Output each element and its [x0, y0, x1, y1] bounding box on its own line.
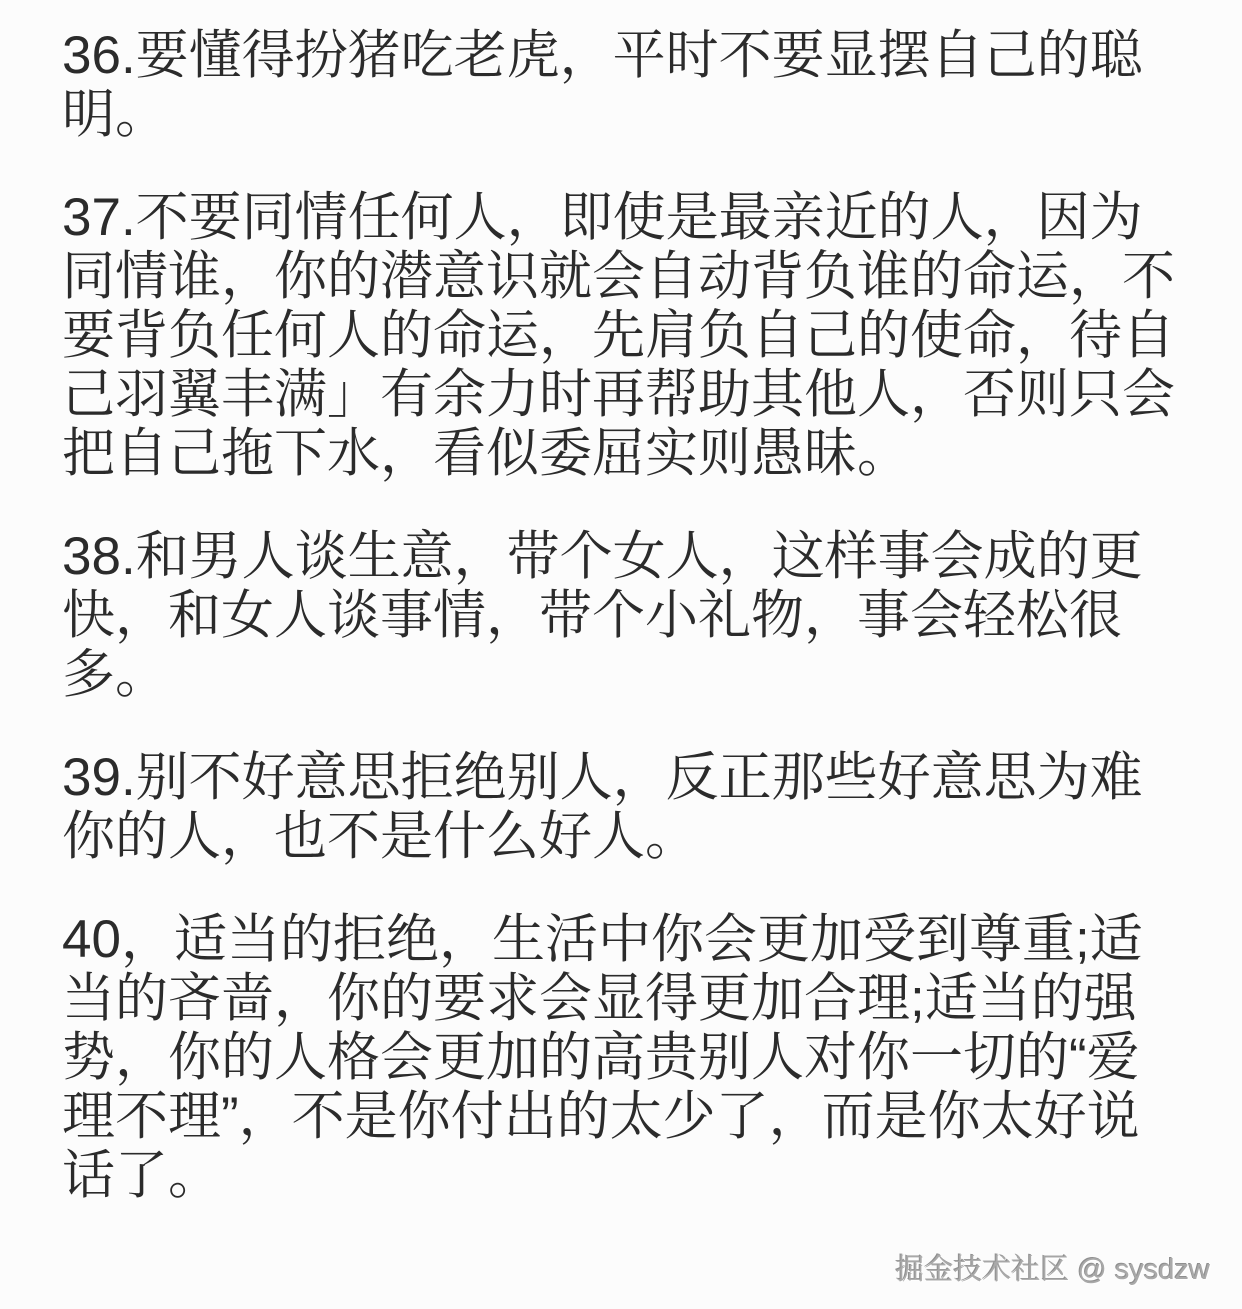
advice-list: 36.要懂得扮猪吃老虎，平时不要显摆自己的聪明。 37.不要同情任何人，即使是最… — [0, 0, 1242, 1205]
advice-item-38: 38.和男人谈生意，带个女人，这样事会成的更快，和女人谈事情，带个小礼物，事会轻… — [62, 527, 1182, 704]
advice-item-36: 36.要懂得扮猪吃老虎，平时不要显摆自己的聪明。 — [62, 26, 1182, 144]
advice-item-40: 40，适当的拒绝，生活中你会更加受到尊重;适当的吝啬，你的要求会显得更加合理;适… — [62, 910, 1182, 1205]
watermark: 掘金技术社区 @ sysdzw — [895, 1256, 1210, 1285]
advice-item-37: 37.不要同情任何人，即使是最亲近的人，因为同情谁，你的潜意识就会自动背负谁的命… — [62, 188, 1182, 483]
advice-item-39: 39.别不好意思拒绝别人，反正那些好意思为难你的人，也不是什么好人。 — [62, 748, 1182, 866]
